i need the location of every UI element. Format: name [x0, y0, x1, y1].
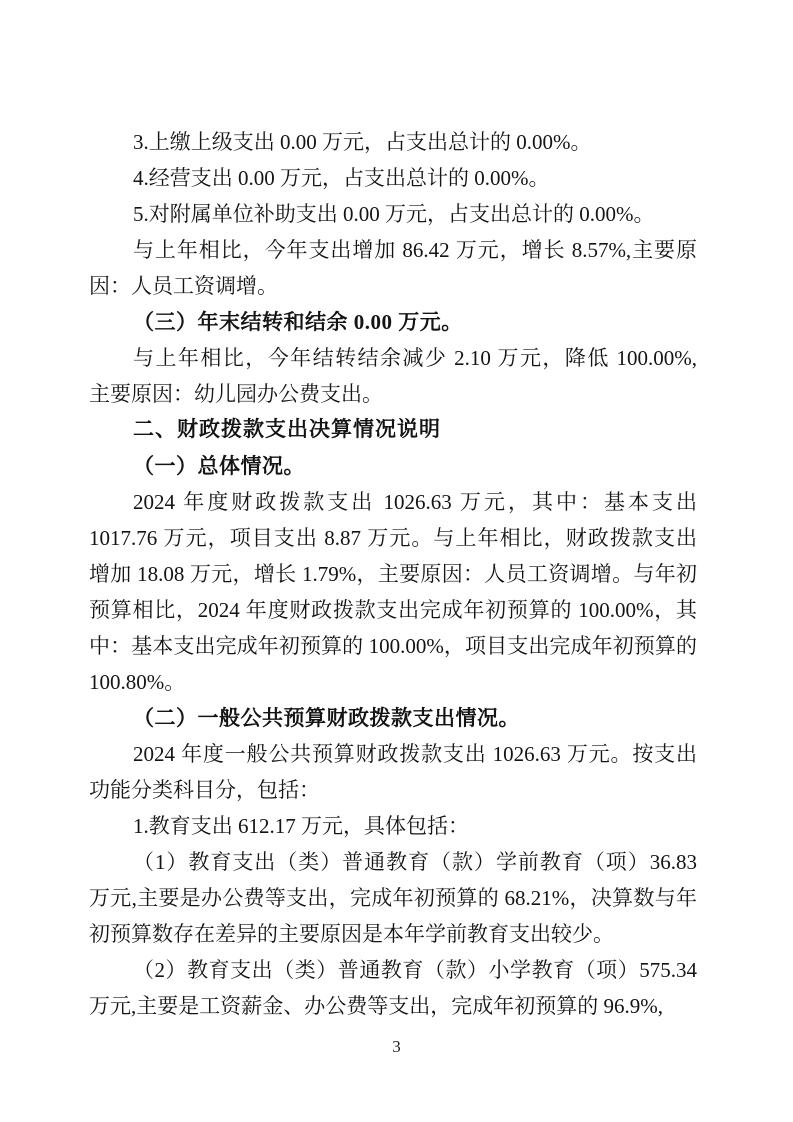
- text-line: 4.经营支出 0.00 万元，占支出总计的 0.00%。: [89, 160, 697, 196]
- text-line: （三）年末结转和结余 0.00 万元。: [89, 304, 697, 340]
- paragraph: （2）教育支出（类）普通教育（款）小学教育（项）575.34万元,主要是工资薪金…: [89, 952, 697, 1024]
- text-line: 3.上缴上级支出 0.00 万元，占支出总计的 0.00%。: [89, 124, 697, 160]
- text-line: 与上年相比，今年结转结余减少 2.10 万元，降低 100.00%,: [89, 340, 697, 376]
- paragraph: 与上年相比，今年结转结余减少 2.10 万元，降低 100.00%,主要原因：幼…: [89, 340, 697, 412]
- text-line: （二）一般公共预算财政拨款支出情况。: [89, 700, 697, 736]
- text-line: 二、财政拨款支出决算情况说明: [89, 412, 697, 448]
- section-heading: 二、财政拨款支出决算情况说明: [89, 412, 697, 448]
- text-line: 2024 年度一般公共预算财政拨款支出 1026.63 万元。按支出: [89, 736, 697, 772]
- text-line: 与上年相比，今年支出增加 86.42 万元，增长 8.57%,主要原: [89, 232, 697, 268]
- paragraph: 与上年相比，今年支出增加 86.42 万元，增长 8.57%,主要原因：人员工资…: [89, 232, 697, 304]
- paragraph: 5.对附属单位补助支出 0.00 万元，占支出总计的 0.00%。: [89, 196, 697, 232]
- text-line: （2）教育支出（类）普通教育（款）小学教育（项）575.34: [89, 952, 697, 988]
- text-line: （1）教育支出（类）普通教育（款）学前教育（项）36.83: [89, 844, 697, 880]
- text-line: 1.教育支出 612.17 万元，具体包括：: [89, 808, 697, 844]
- text-line: 功能分类科目分，包括：: [89, 772, 697, 808]
- paragraph: 1.教育支出 612.17 万元，具体包括：: [89, 808, 697, 844]
- paragraph: 2024 年度财政拨款支出 1026.63 万元，其中：基本支出1017.76 …: [89, 484, 697, 700]
- text-line: 1017.76 万元，项目支出 8.87 万元。与上年相比，财政拨款支出: [89, 520, 697, 556]
- text-line: 预算相比，2024 年度财政拨款支出完成年初预算的 100.00%，其: [89, 592, 697, 628]
- text-line: 因：人员工资调增。: [89, 268, 697, 304]
- text-line: 万元,主要是办公费等支出，完成年初预算的 68.21%，决算数与年: [89, 880, 697, 916]
- text-line: （一）总体情况。: [89, 448, 697, 484]
- text-line: 万元,主要是工资薪金、办公费等支出，完成年初预算的 96.9%,: [89, 988, 697, 1024]
- text-line: 初预算数存在差异的主要原因是本年学前教育支出较少。: [89, 916, 697, 952]
- text-line: 增加 18.08 万元，增长 1.79%，主要原因：人员工资调增。与年初: [89, 556, 697, 592]
- section-heading: （二）一般公共预算财政拨款支出情况。: [89, 700, 697, 736]
- page-body: 3.上缴上级支出 0.00 万元，占支出总计的 0.00%。4.经营支出 0.0…: [89, 124, 697, 1024]
- paragraph: 2024 年度一般公共预算财政拨款支出 1026.63 万元。按支出功能分类科目…: [89, 736, 697, 808]
- document-page: 3.上缴上级支出 0.00 万元，占支出总计的 0.00%。4.经营支出 0.0…: [0, 0, 793, 1122]
- text-line: 主要原因：幼儿园办公费支出。: [89, 376, 697, 412]
- text-line: 2024 年度财政拨款支出 1026.63 万元，其中：基本支出: [89, 484, 697, 520]
- paragraph: （1）教育支出（类）普通教育（款）学前教育（项）36.83万元,主要是办公费等支…: [89, 844, 697, 952]
- text-line: 100.80%。: [89, 664, 697, 700]
- section-heading: （三）年末结转和结余 0.00 万元。: [89, 304, 697, 340]
- paragraph: 3.上缴上级支出 0.00 万元，占支出总计的 0.00%。: [89, 124, 697, 160]
- text-line: 5.对附属单位补助支出 0.00 万元，占支出总计的 0.00%。: [89, 196, 697, 232]
- page-number: 3: [0, 1036, 793, 1058]
- paragraph: 4.经营支出 0.00 万元，占支出总计的 0.00%。: [89, 160, 697, 196]
- section-heading: （一）总体情况。: [89, 448, 697, 484]
- text-line: 中：基本支出完成年初预算的 100.00%，项目支出完成年初预算的: [89, 628, 697, 664]
